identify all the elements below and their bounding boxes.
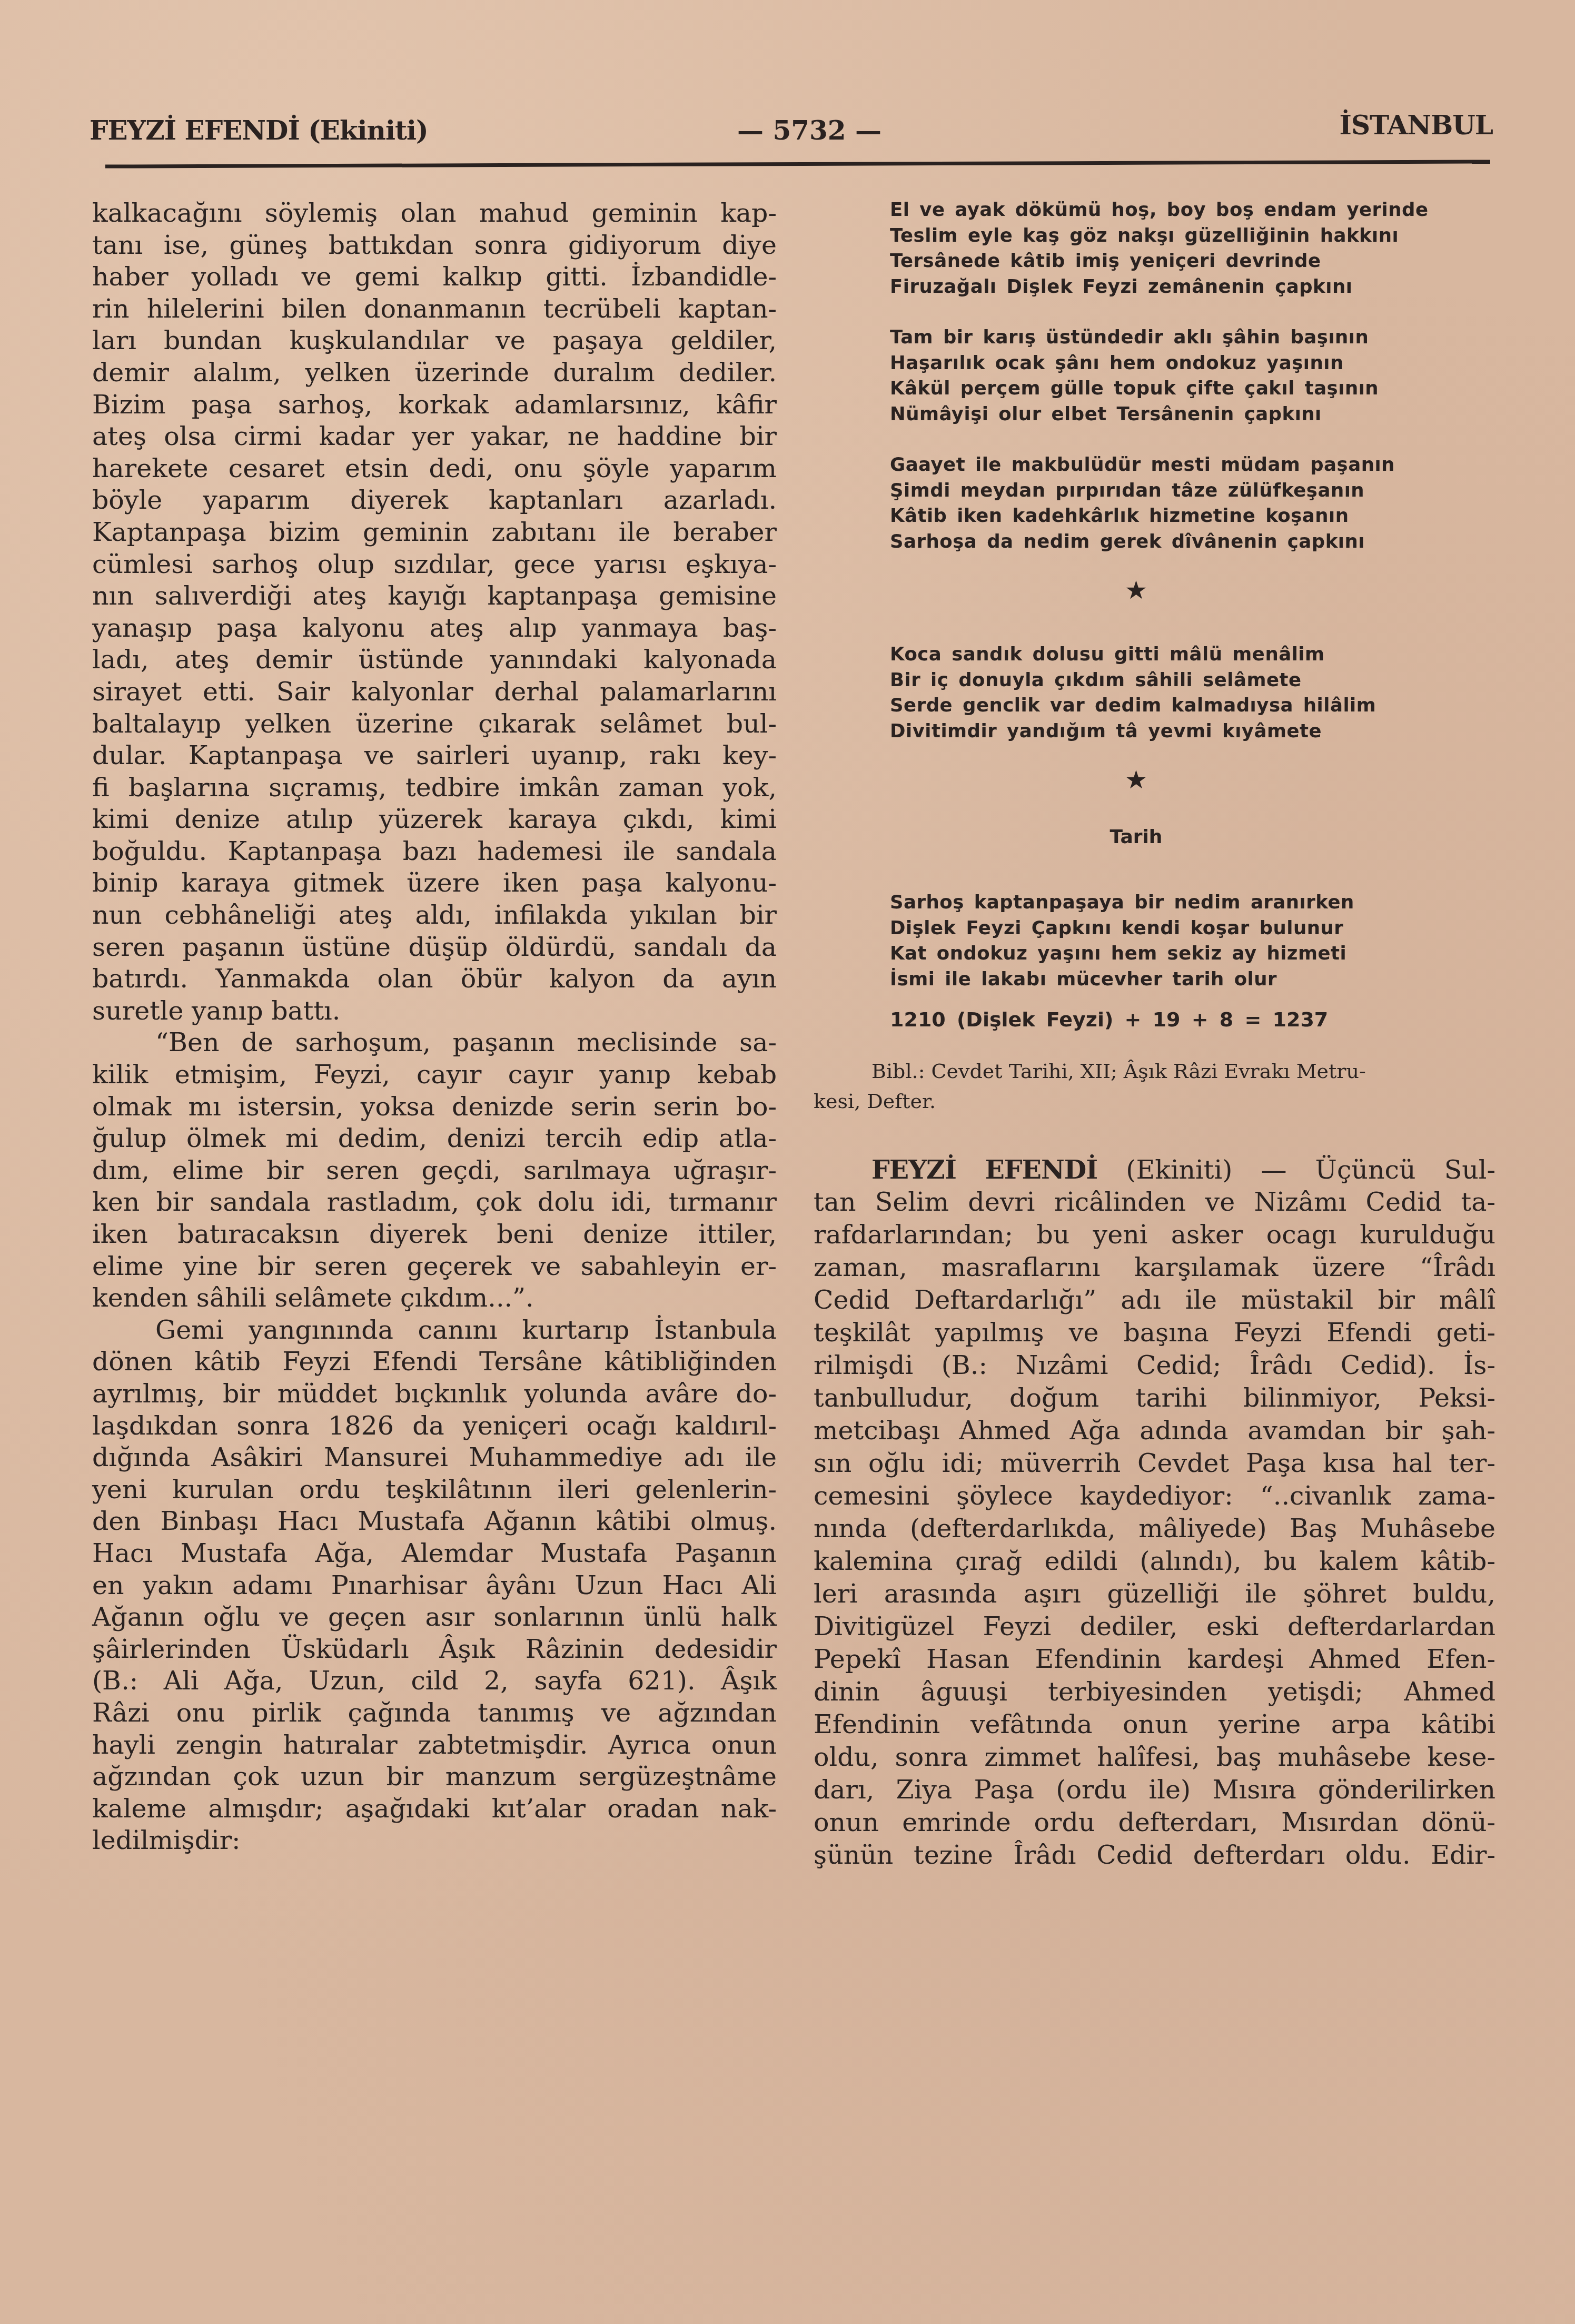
body-text-line: elime yine bir seren geçerek ve sabahley… [92,1251,777,1283]
bibliography-line: kesi, Defter. [814,1086,1495,1116]
poem: El ve ayak dökümü hoş, boy boş endam yer… [890,197,1495,555]
entry-text-line: cemesini şöylece kaydediyor: “..civanlık… [814,1480,1495,1512]
body-text-line: “Ben de sarhoşum, paşanın meclisinde sa- [92,1027,777,1059]
body-text-line: nun cebhâneliği ateş aldı, infilakda yık… [92,899,777,932]
body-text-line: baltalayıp yelken üzerine çıkarak selâme… [92,708,777,740]
body-text-line: yanaşıp paşa kalyonu ateş alıp yanmaya b… [92,612,777,645]
star-separator-icon: ★ [814,576,1495,605]
body-text-line: olmak mı istersin, yoksa denizde serin s… [92,1091,777,1123]
bibliography-line: Bibl.: Cevdet Tarihi, XII; Âşık Râzi Evr… [814,1056,1495,1086]
header-section: İSTANBUL [1340,110,1493,141]
body-text-line: ğulup ölmek mi dedim, denizi tercih edip… [92,1123,777,1155]
verse-line: Divitimdir yandığım tâ yevmi kıyâmete [890,719,1495,745]
entry-headword: FEYZİ EFENDİ [871,1154,1097,1185]
entry-text-line: tan Selim devri ricâlinden ve Nizâmı Ced… [814,1186,1495,1219]
body-text-line: Bizim paşa sarhoş, korkak adamlarsınız, … [92,389,777,421]
verse-line: Sarhoşa da nedim gerek dîvânenin çapkını [890,529,1495,555]
entry-text-line: nında (defterdarlıkda, mâliyede) Baş Muh… [814,1512,1495,1545]
entry-text-line: teşkilât yapılmış ve başına Feyzi Efendi… [814,1317,1495,1349]
entry-text-line: onun emrinde ordu defterdarı, Mısırdan d… [814,1806,1495,1839]
body-text-line: den Binbaşı Hacı Mustafa Ağanın kâtibi o… [92,1506,777,1538]
body-text-line: ateş olsa cirmi kadar yer yakar, ne hadd… [92,421,777,453]
body-text-line: dığında Asâkiri Mansurei Muhammediye adı… [92,1442,777,1474]
entry-text-line: Efendinin vefâtında onun yerine arpa kât… [814,1708,1495,1741]
entry-text-line: rilmişdi (B.: Nızâmi Cedid; Îrâdı Cedid)… [814,1349,1495,1382]
body-text-line: ken bir sandala rastladım, çok dolu idi,… [92,1186,777,1219]
entry-text-line: şünün tezine Îrâdı Cedid defterdarı oldu… [814,1839,1495,1872]
body-text-line: tanı ise, güneş battıkdan sonra gidiyoru… [92,230,777,262]
body-text-line: dönen kâtib Feyzi Efendi Tersâne kâtibli… [92,1346,777,1378]
verse-line: Kat ondokuz yaşını hem sekiz ay hizmeti [890,941,1495,967]
running-header: FEYZİ EFENDİ (Ekiniti) — 5732 — İSTANBUL [90,115,1493,152]
right-column: El ve ayak dökümü hoş, boy boş endam yer… [814,197,1495,1872]
body-text-line: şâirlerinden Üsküdarlı Âşık Râzinin dede… [92,1634,777,1666]
body-text-line: böyle yaparım diyerek kaptanları azarlad… [92,484,777,517]
body-text-line: ladı, ateş demir üstünde yanındaki kalyo… [92,644,777,676]
poem-stanza: Koca sandık dolusu gitti mâlü menâlim Bi… [890,642,1495,744]
verse-line: Tam bir karış üstündedir aklı şâhin başı… [890,325,1495,351]
body-text-line: binip karaya gitmek üzere iken paşa kaly… [92,867,777,899]
body-text-line: dular. Kaptanpaşa ve sairleri uyanıp, ra… [92,740,777,772]
body-text-line: laşdıkdan sonra 1826 da yeniçeri ocağı k… [92,1410,777,1442]
body-text-line: yeni kurulan ordu teşkilâtının ileri gel… [92,1474,777,1506]
body-text-line: hayli zengin hatıralar zabtetmişdir. Ayr… [92,1729,777,1762]
body-text-line: haber yolladı ve gemi kalkıp gitti. İzba… [92,261,777,293]
verse-line: Tersânede kâtib imiş yeniçeri devrinde [890,249,1495,274]
entry-first-line-text: — Üçüncü Sul- [1261,1155,1495,1185]
body-text-line: suretle yanıp battı. [92,995,777,1027]
verse-line: Haşarılık ocak şânı hem ondokuz yaşının [890,351,1495,377]
verse-line: El ve ayak dökümü hoş, boy boş endam yer… [890,197,1495,223]
chronogram-title: Tarih [814,826,1495,848]
verse-line: Bir iç donuyla çıkdım sâhili selâmete [890,668,1495,694]
entry-text-line: Pepekî Hasan Efendinin kardeşi Ahmed Efe… [814,1643,1495,1676]
header-entry-title: FEYZİ EFENDİ (Ekiniti) [90,115,428,146]
verse-line: Serde genclik var dedim kalmadıysa hilâl… [890,693,1495,719]
body-text-line: harekete cesaret etsin dedi, onu şöyle y… [92,453,777,485]
body-text-line: seren paşanın üstüne düşüp öldürdü, sand… [92,932,777,964]
bibliography: Bibl.: Cevdet Tarihi, XII; Âşık Râzi Evr… [814,1056,1495,1116]
verse-line: Dişlek Feyzi Çapkını kendi koşar bulunur [890,916,1495,942]
entry-text-line: dinin âguuşi terbiyesinden yetişdi; Ahme… [814,1676,1495,1708]
entry-text-line: zaman, masraflarını karşılamak üzere “Îr… [814,1251,1495,1284]
entry-text-line: kalemina çırağ edildi (alındı), bu kalem… [814,1545,1495,1578]
chronogram-sum: 1210 (Dişlek Feyzi) + 19 + 8 = 1237 [890,1008,1495,1031]
body-text-line: sirayet etti. Sair kalyonlar derhal pala… [92,676,777,708]
body-text-line: demir alalım, yelken üzerinde duralım de… [92,357,777,389]
body-text-line: (B.: Ali Ağa, Uzun, cild 2, sayfa 621). … [92,1665,777,1697]
entry-text-line: Divitigüzel Feyzi dediler, eski defterda… [814,1610,1495,1643]
entry-headword-suffix: (Ekiniti) [1126,1155,1232,1185]
verse-line: İsmi ile lakabı mücevher tarih olur [890,967,1495,993]
entry-text-line: rafdarlarından; bu yeni asker ocagı kuru… [814,1219,1495,1251]
body-text-line: dım, elime bir seren geçdi, sarılmaya uğ… [92,1155,777,1187]
body-text-line: Gemi yangınında canını kurtarıp İstanbul… [92,1314,777,1347]
body-text-line: nın salıverdiği ateş kayığı kaptanpaşa g… [92,580,777,612]
entry-text-line: metcibaşı Ahmed Ağa adında avamdan bir ş… [814,1415,1495,1447]
verse-line: Koca sandık dolusu gitti mâlü menâlim [890,642,1495,668]
body-text-line: Hacı Mustafa Ağa, Alemdar Mustafa Paşanı… [92,1538,777,1570]
body-text-line: kenden sâhili selâmete çıkdım...”. [92,1282,777,1314]
poem-stanza: El ve ayak dökümü hoş, boy boş endam yer… [890,197,1495,300]
body-text-line: batırdı. Yanmakda olan öbür kalyon da ay… [92,963,777,995]
verse-line: Teslim eyle kaş göz nakşı güzelliğinin h… [890,223,1495,249]
body-text-line: cümlesi sarhoş olup sızdılar, gece yarıs… [92,549,777,581]
body-text-line: Râzi onu pirlik çağında tanımış ve ağzın… [92,1697,777,1729]
poem-stanza: Tam bir karış üstündedir aklı şâhin başı… [890,325,1495,427]
body-text-line: iken batıracaksın diyerek beni denize it… [92,1219,777,1251]
body-text-line: Ağanın oğlu ve geçen asır sonlarının ünl… [92,1601,777,1634]
new-entry: FEYZİ EFENDİ (Ekiniti) — Üçüncü Sul- tan… [814,1153,1495,1872]
body-text-line: ledilmişdir: [92,1825,777,1857]
header-rule [105,160,1490,168]
entry-text-line: leri arasında aşırı güzelliği ile şöhret… [814,1578,1495,1610]
verse-line: Kâtib iken kadehkârlık hizmetine koşanın [890,503,1495,529]
verse-line: Nümâyişi olur elbet Tersânenin çapkını [890,402,1495,428]
verse-line: Gaayet ile makbulüdür mesti müdam paşanı… [890,452,1495,478]
verse-line: Kâkül perçem gülle topuk çifte çakıl taş… [890,376,1495,402]
body-text-line: fi başlarına sıçramış, tedbire imkân zam… [92,772,777,804]
chronogram-poem: Sarhoş kaptanpaşaya bir nedim aranırken … [890,890,1495,992]
body-text-line: boğuldu. Kaptanpaşa bazı hademesi ile sa… [92,836,777,868]
left-column: kalkacağını söylemiş olan mahud geminin … [92,197,777,1857]
poem: Koca sandık dolusu gitti mâlü menâlim Bi… [890,642,1495,744]
entry-first-line: FEYZİ EFENDİ (Ekiniti) — Üçüncü Sul- [814,1153,1495,1186]
entry-text-line: Cedid Deftardarlığı” adı ile müstakil bi… [814,1284,1495,1317]
body-text-line: kilik etmişim, Feyzi, cayır cayır yanıp … [92,1059,777,1091]
entry-text-line: tanbulludur, doğum tarihi bilinmiyor, Pe… [814,1382,1495,1415]
body-text-line: kalkacağını söylemiş olan mahud geminin … [92,197,777,230]
body-text-line: rin hilelerini bilen donanmanın tecrübel… [92,293,777,325]
body-text-line: kaleme almışdır; aşağıdaki kıt’alar orad… [92,1793,777,1825]
verse-line: Şimdi meydan pırpırıdan tâze zülüfkeşanı… [890,478,1495,504]
entry-text-line: oldu, sonra zimmet halîfesi, baş muhâseb… [814,1741,1495,1774]
body-text-line: ayrılmış, bir müddet bıçkınlık yolunda a… [92,1378,777,1410]
star-separator-icon: ★ [814,765,1495,795]
verse-line: Firuzağalı Dişlek Feyzi zemânenin çapkın… [890,274,1495,300]
verse-line: Sarhoş kaptanpaşaya bir nedim aranırken [890,890,1495,916]
body-text-line: kimi denize atılıp yüzerek karaya çıkdı,… [92,804,777,836]
body-text-line: ağzından çok uzun bir manzum sergüzeştnâ… [92,1761,777,1793]
body-text-line: Kaptanpaşa bizim geminin zabıtanı ile be… [92,517,777,549]
entry-text-line: sın oğlu idi; müverrih Cevdet Paşa kısa … [814,1447,1495,1480]
entry-text-line: darı, Ziya Paşa (ordu ile) Mısıra gönder… [814,1774,1495,1806]
poem-stanza: Gaayet ile makbulüdür mesti müdam paşanı… [890,452,1495,555]
page-number: — 5732 — [737,115,881,146]
body-text-line: en yakın adamı Pınarhisar âyânı Uzun Hac… [92,1570,777,1602]
body-text-line: ları bundan kuşkulandılar ve paşaya geld… [92,325,777,357]
